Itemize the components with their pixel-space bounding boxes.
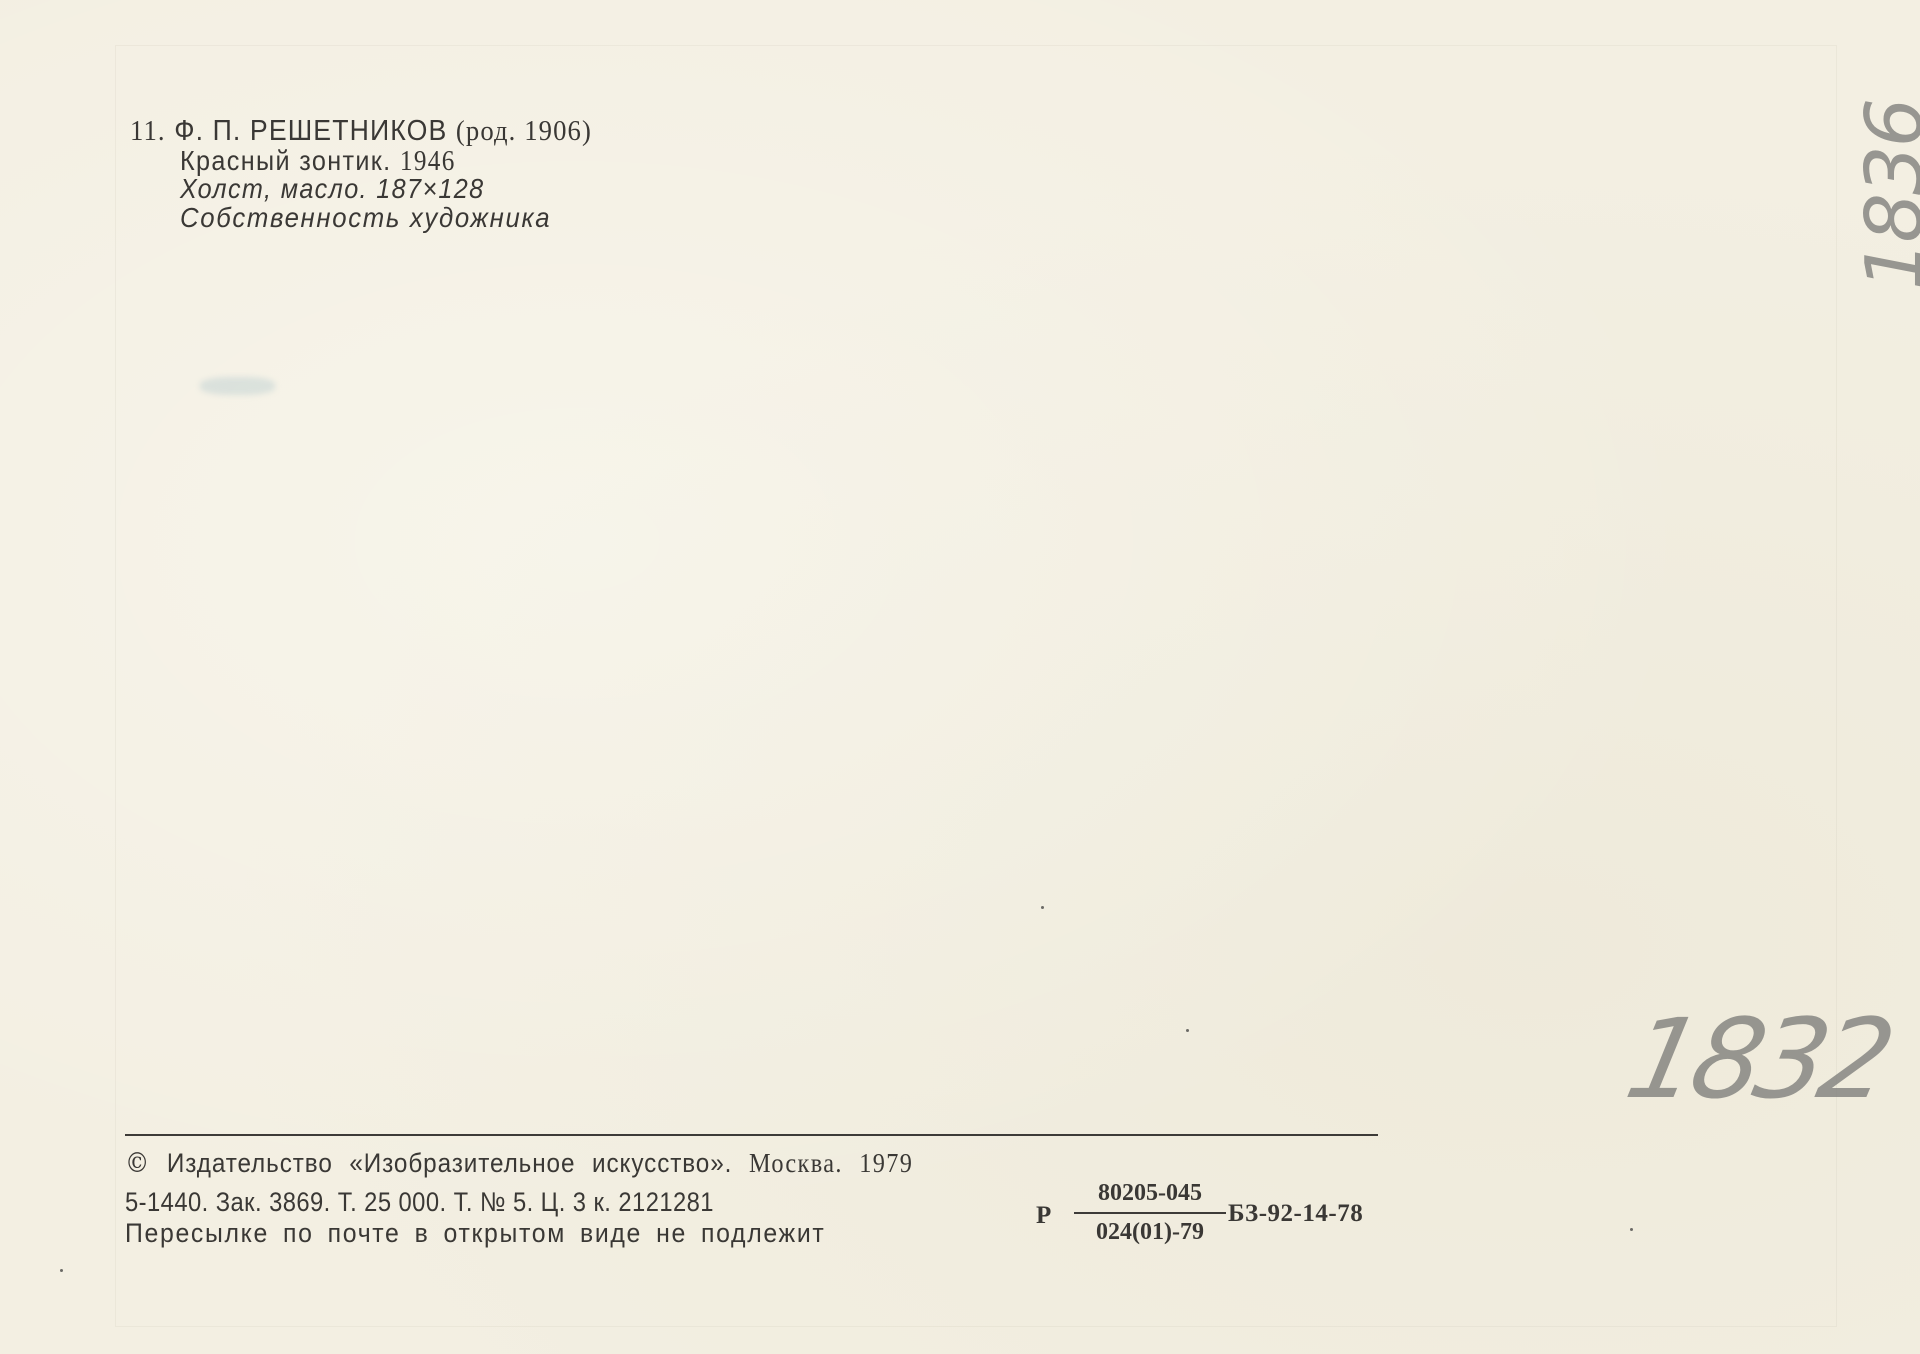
imprint-print-info: 5-1440. Зак. 3869. Т. 25 000. Т. № 5. Ц.… <box>125 1189 714 1216</box>
caption-medium: Холст, масло. 187×128 <box>180 175 485 203</box>
handwritten-number-rotated: 1836 <box>1850 100 1920 291</box>
caption-owner: Собственность художника <box>180 204 551 232</box>
caption-title-line: Красный зонтик. 1946 <box>180 147 456 176</box>
caption-artist-line: 11. Ф. П. РЕШЕТНИКОВ (род. 1906) <box>130 117 592 146</box>
caption-title: Красный зонтик. <box>180 145 392 176</box>
bbk-denominator: 024(01)-79 <box>1074 1214 1226 1244</box>
caption-artist-life: (род. 1906) <box>456 115 592 147</box>
caption-number: 11. <box>130 115 166 147</box>
speck <box>1041 906 1044 909</box>
imprint-publisher: Издательство «Изобразительное искусство»… <box>167 1148 732 1178</box>
bbk-numerator: 80205-045 <box>1074 1181 1226 1214</box>
bbk-fraction: 80205-045 024(01)-79 <box>1074 1181 1226 1244</box>
caption-artist: Ф. П. РЕШЕТНИКОВ <box>174 115 447 147</box>
handwritten-number-bottom: 1832 <box>1616 995 1899 1123</box>
speck <box>1630 1228 1633 1231</box>
imprint-divider <box>125 1134 1378 1136</box>
ink-smudge <box>200 377 275 395</box>
imprint-publisher-line: © Издательство «Изобразительное искусств… <box>125 1150 913 1177</box>
bbk-code: БЗ-92-14-78 <box>1228 1201 1363 1226</box>
imprint-city-year: Москва. 1979 <box>749 1148 913 1178</box>
speck <box>60 1269 63 1272</box>
bbk-prefix: Р <box>1036 1203 1051 1228</box>
imprint-postal-note: Пересылке по почте в открытом виде не по… <box>125 1220 825 1247</box>
speck <box>1186 1029 1189 1032</box>
copyright-icon: © <box>125 1148 150 1179</box>
